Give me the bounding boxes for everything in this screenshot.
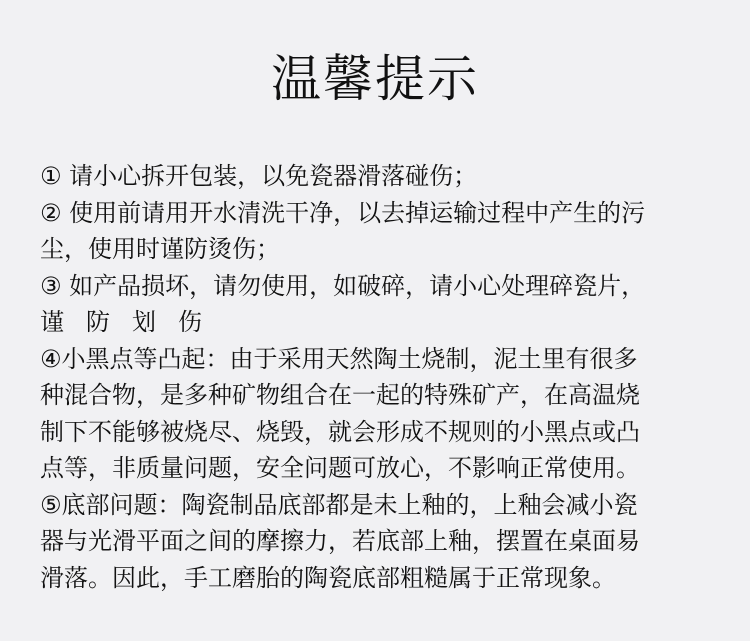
note-line: 点等，非质量问题，安全问题可放心，不影响正常使用。 — [40, 450, 720, 487]
note-line: ④小黑点等凸起：由于采用天然陶土烧制，泥土里有很多 — [40, 341, 720, 378]
note-4: ④小黑点等凸起：由于采用天然陶土烧制，泥土里有很多 种混合物，是多种矿物组合在一… — [40, 341, 720, 487]
note-line: 种混合物，是多种矿物组合在一起的特殊矿产，在高温烧 — [40, 377, 720, 414]
note-line: 谨防划伤 — [40, 304, 720, 341]
notes-list: ① 请小心拆开包装，以免瓷器滑落碰伤； ② 使用前请用开水清洗干净，以去掉运输过… — [40, 158, 720, 596]
note-line: ③ 如产品损坏，请勿使用，如破碎，请小心处理碎瓷片， — [40, 268, 720, 305]
note-line: ② 使用前请用开水清洗干净，以去掉运输过程中产生的污 — [40, 195, 720, 232]
note-line: 尘，使用时谨防烫伤； — [40, 231, 720, 268]
note-line: 器与光滑平面之间的摩擦力，若底部上釉，摆置在桌面易 — [40, 523, 720, 560]
note-line: 滑落。因此，手工磨胎的陶瓷底部粗糙属于正常现象。 — [40, 560, 720, 597]
note-line: 制下不能够被烧尽、烧毁，就会形成不规则的小黑点或凸 — [40, 414, 720, 451]
note-2: ② 使用前请用开水清洗干净，以去掉运输过程中产生的污 尘，使用时谨防烫伤； — [40, 195, 720, 268]
page-title: 温馨提示 — [0, 44, 750, 114]
note-5: ⑤底部问题：陶瓷制品底部都是未上釉的，上釉会减小瓷 器与光滑平面之间的摩擦力，若… — [40, 487, 720, 597]
note-3: ③ 如产品损坏，请勿使用，如破碎，请小心处理碎瓷片， 谨防划伤 — [40, 268, 720, 341]
note-1: ① 请小心拆开包装，以免瓷器滑落碰伤； — [40, 158, 720, 195]
note-line: ① 请小心拆开包装，以免瓷器滑落碰伤； — [40, 158, 720, 195]
note-line: ⑤底部问题：陶瓷制品底部都是未上釉的，上釉会减小瓷 — [40, 487, 720, 524]
